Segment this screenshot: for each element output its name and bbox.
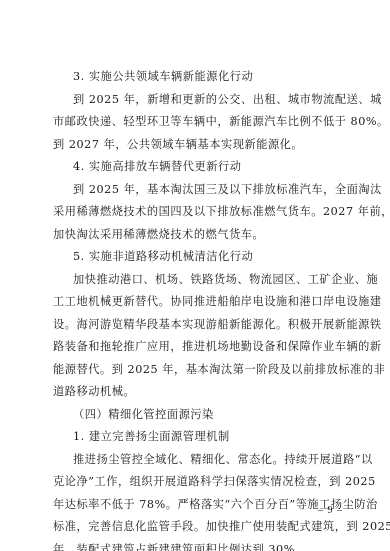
paragraph-line: 推进扬尘管控全域化、精细化、常态化。持续开展道路“以	[73, 453, 343, 467]
heading-action-4: 4. 实施高排放车辆替代更新行动	[73, 160, 343, 174]
paragraph-line: 标准，完善信息化监管手段。加快推广使用装配式建筑，到 2025	[53, 520, 343, 534]
heading-action-3: 3. 实施公共领域车辆新能源化行动	[73, 70, 343, 84]
paragraph-line: 到 2027 年，公共领域车辆基本实现新能源化。	[53, 138, 343, 152]
paragraph-line: 加快淘汰采用稀薄燃烧技术的燃气货车。	[53, 228, 343, 242]
paragraph-line: 市邮政快递、轻型环卫等车辆中，新能源汽车比例不低于 80%。	[53, 115, 343, 129]
paragraph-line: 年，装配式建筑占新建建筑面积比例达到 30%。	[53, 543, 343, 551]
page-number: – 9 –	[318, 505, 343, 516]
paragraph-line: 到 2025 年，基本淘汰国三及以下排放标准汽车，全面淘汰	[73, 183, 343, 197]
paragraph-line: 年达标率不低于 78%。严格落实“六个百分百”等施工扬尘防治	[53, 498, 343, 512]
paragraph-line: 设。海河游览精华段基本实现游船新能源化。积极开展新能源铁	[53, 318, 343, 332]
paragraph-line: 采用稀薄燃烧技术的国四及以下排放标准燃气货车。2027 年前，	[53, 205, 343, 219]
paragraph-line: 到 2025 年，新增和更新的公交、出租、城市物流配送、城	[73, 93, 343, 107]
heading-item-1: 1. 建立完善扬尘面源管理机制	[73, 430, 343, 444]
paragraph-line: 工工地机械更新替代。协同推进船舶岸电设施和港口岸电设施建	[53, 295, 343, 309]
paragraph-line: 路装备和拖轮推广应用，推进机场地勤设备和保障作业车辆的新	[53, 340, 343, 354]
heading-action-5: 5. 实施非道路移动机械清洁化行动	[73, 250, 343, 264]
paragraph-line: 能源替代。到 2025 年，基本淘汰第一阶段及以前排放标准的非	[53, 363, 343, 377]
section-heading-4: （四）精细化管控面源污染	[73, 408, 343, 422]
paragraph-line: 克论净”工作，组织开展道路科学扫保落实情况检查，到 2025	[53, 475, 343, 489]
paragraph-line: 道路移动机械。	[53, 385, 343, 399]
document-page: 3. 实施公共领域车辆新能源化行动 到 2025 年，新增和更新的公交、出租、城…	[0, 0, 390, 551]
paragraph-line: 加快推动港口、机场、铁路货场、物流园区、工矿企业、施	[73, 273, 343, 287]
